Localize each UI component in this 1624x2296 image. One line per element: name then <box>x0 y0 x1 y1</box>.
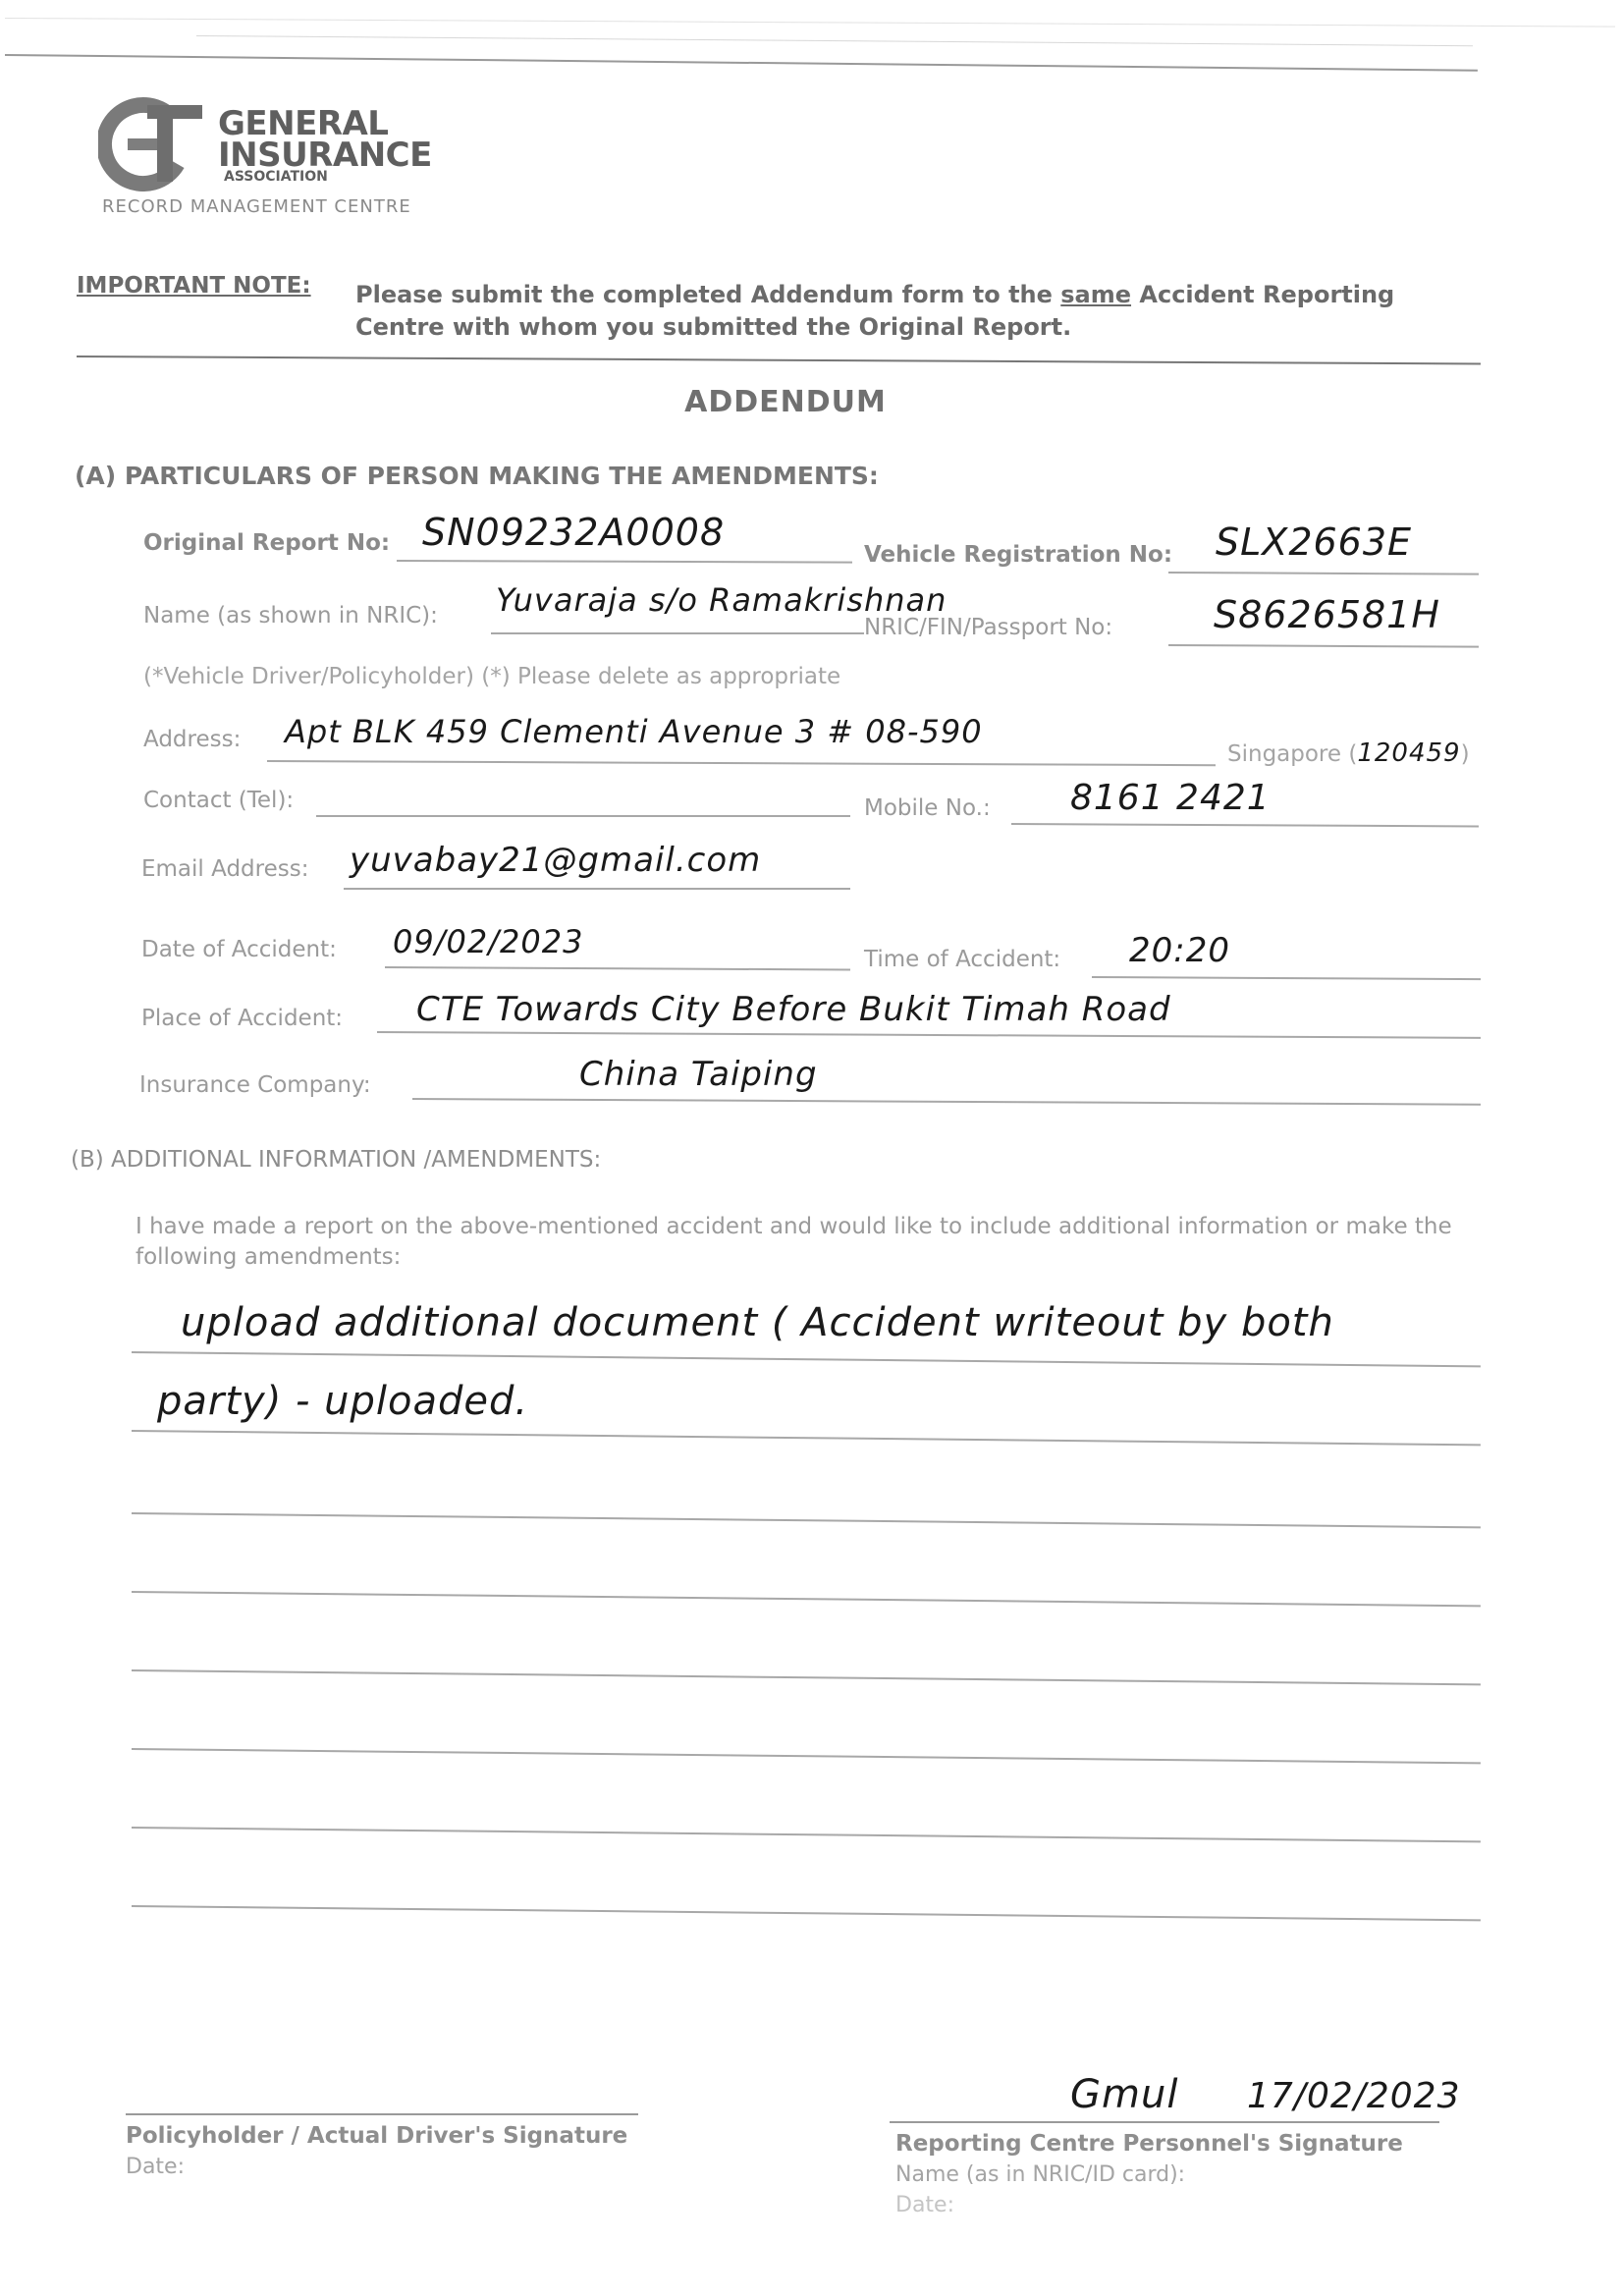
mobile-value[interactable]: 8161 2421 <box>1070 778 1271 818</box>
insurance-company-label: Insurance Company: <box>139 1072 371 1098</box>
nric-value[interactable]: S8626581H <box>1214 593 1440 636</box>
reporting-centre-handwritten-date[interactable]: 17/02/2023 <box>1247 2076 1461 2116</box>
insurance-company-underline <box>412 1098 1481 1106</box>
name-value[interactable]: Yuvaraja s/o Ramakrishnan <box>496 581 947 619</box>
name-label: Name (as shown in NRIC): <box>143 603 438 629</box>
vehicle-registration-underline <box>1168 572 1479 575</box>
country-close: ) <box>1461 741 1470 767</box>
important-note-text: Please submit the completed Addendum for… <box>355 279 1475 344</box>
amendment-underline <box>132 1905 1481 1921</box>
original-report-label: Original Report No: <box>143 530 390 556</box>
date-of-accident-label: Date of Accident: <box>141 937 337 962</box>
form-title: ADDENDUM <box>0 385 1571 419</box>
reporting-centre-signature-line <box>890 2121 1439 2123</box>
divider <box>77 355 1481 364</box>
postal-code-value[interactable]: 120459 <box>1357 738 1460 768</box>
role-note: (*Vehicle Driver/Policyholder) (*) Pleas… <box>143 664 840 689</box>
email-underline <box>344 888 850 890</box>
amendment-underline <box>132 1591 1481 1607</box>
email-value[interactable]: yuvabay21@gmail.com <box>350 841 761 880</box>
time-of-accident-label: Time of Accident: <box>864 947 1060 972</box>
amendment-underline <box>132 1748 1481 1764</box>
original-report-underline <box>397 560 852 564</box>
time-of-accident-value[interactable]: 20:20 <box>1129 931 1230 970</box>
reporting-centre-signature[interactable]: Gmul <box>1070 2072 1178 2117</box>
scan-artifact-line <box>196 35 1473 46</box>
date-of-accident-value[interactable]: 09/02/2023 <box>393 923 583 960</box>
contact-tel-underline <box>316 815 850 817</box>
important-note-label: IMPORTANT NOTE: <box>77 273 311 299</box>
reporting-centre-date-label: Date: <box>895 2190 1403 2220</box>
policyholder-signature-line <box>126 2113 638 2115</box>
scan-artifact-line <box>5 18 1615 27</box>
gia-logo-icon <box>98 93 216 191</box>
vehicle-registration-label: Vehicle Registration No: <box>864 542 1172 568</box>
policyholder-date-label: Date: <box>126 2152 627 2182</box>
address-label: Address: <box>143 727 241 752</box>
place-of-accident-value[interactable]: CTE Towards City Before Bukit Timah Road <box>416 990 1171 1029</box>
place-of-accident-underline <box>377 1031 1481 1039</box>
reporting-centre-signature-label: Reporting Centre Personnel's Signature <box>895 2129 1403 2159</box>
section-b-intro: I have made a report on the above-mentio… <box>135 1212 1490 1273</box>
time-of-accident-underline <box>1092 976 1481 980</box>
address-value[interactable]: Apt BLK 459 Clementi Avenue 3 # 08-590 <box>285 713 983 750</box>
amendment-underline <box>132 1669 1481 1685</box>
vehicle-registration-value[interactable]: SLX2663E <box>1216 520 1412 564</box>
email-label: Email Address: <box>141 856 308 882</box>
policyholder-signature-label: Policyholder / Actual Driver's Signature <box>126 2121 627 2152</box>
address-country: Singapore (120459) <box>1227 738 1470 768</box>
logo-subtitle: RECORD MANAGEMENT CENTRE <box>102 196 411 217</box>
reporting-centre-signature-block: Reporting Centre Personnel's Signature N… <box>895 2129 1403 2220</box>
date-of-accident-underline <box>385 966 850 970</box>
logo-text-association: ASSOCIATION <box>224 169 328 185</box>
amendment-line-text[interactable]: upload additional document ( Accident wr… <box>181 1300 1334 1345</box>
important-note-emphasis: same <box>1060 281 1131 308</box>
nric-label: NRIC/FIN/Passport No: <box>864 615 1112 640</box>
section-a-heading: (A) PARTICULARS OF PERSON MAKING THE AME… <box>75 462 879 490</box>
amendment-underline <box>132 1430 1481 1446</box>
section-b-heading: (B) ADDITIONAL INFORMATION /AMENDMENTS: <box>71 1147 601 1173</box>
nric-underline <box>1168 644 1479 648</box>
policyholder-signature-block: Policyholder / Actual Driver's Signature… <box>126 2121 627 2182</box>
amendment-underline <box>132 1827 1481 1842</box>
contact-tel-label: Contact (Tel): <box>143 788 294 813</box>
original-report-value[interactable]: SN09232A0008 <box>422 511 725 554</box>
name-underline <box>491 632 864 634</box>
place-of-accident-label: Place of Accident: <box>141 1006 343 1031</box>
amendment-underline <box>132 1512 1481 1528</box>
mobile-underline <box>1011 823 1479 827</box>
scan-artifact-line <box>5 54 1478 72</box>
insurance-company-value[interactable]: China Taiping <box>579 1055 818 1094</box>
amendment-line-text[interactable]: party) - uploaded. <box>157 1379 528 1424</box>
address-underline <box>267 760 1216 766</box>
amendment-underline <box>132 1351 1481 1367</box>
country-label: Singapore ( <box>1227 741 1357 767</box>
reporting-centre-name-label: Name (as in NRIC/ID card): <box>895 2159 1403 2190</box>
important-note-text-before: Please submit the completed Addendum for… <box>355 281 1060 308</box>
mobile-label: Mobile No.: <box>864 795 991 821</box>
